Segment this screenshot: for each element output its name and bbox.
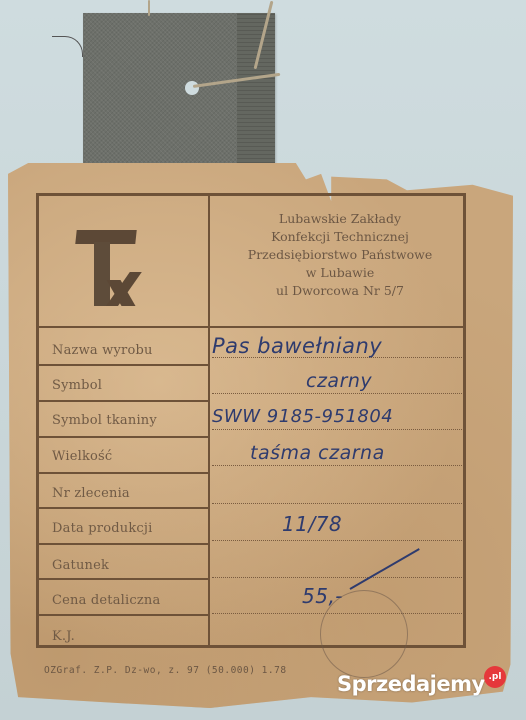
value-line [212, 577, 462, 578]
value-fabric-symbol: SWW 9185-951804 [212, 406, 393, 427]
value-production-date: 11/78 [282, 512, 342, 536]
watermark-logo: Sprzedajemy [337, 672, 485, 696]
company-address: Lubawskie Zakłady Konfekcji Technicznej … [220, 210, 460, 300]
row-line [39, 472, 209, 474]
value-line [212, 540, 462, 541]
field-label-retail-price: Cena detaliczna [52, 593, 160, 608]
row-line [39, 436, 209, 438]
company-line: w Lubawie [220, 264, 460, 282]
row-line [39, 543, 209, 545]
field-label-product-name: Nazwa wyrobu [52, 343, 153, 358]
tie-string-top [148, 0, 150, 16]
string-hole [185, 81, 199, 95]
field-label-symbol: Symbol [52, 378, 102, 393]
company-line: Lubawskie Zakłady [220, 210, 460, 228]
company-line: Przedsiębiorstwo Państwowe [220, 246, 460, 264]
header-divider [39, 326, 463, 328]
row-line [39, 507, 209, 509]
value-symbol: czarny [306, 370, 372, 392]
round-stamp [320, 590, 408, 678]
loose-thread [52, 36, 83, 57]
field-label-kj: K.J. [52, 629, 75, 644]
value-line [212, 393, 462, 394]
field-label-grade: Gatunek [52, 558, 109, 573]
row-line [39, 614, 209, 616]
fabric-swatch [83, 13, 275, 163]
value-line [212, 429, 462, 430]
company-line: ul Dworcowa Nr 5/7 [220, 282, 460, 300]
field-label-size: Wielkość [52, 449, 112, 464]
field-label-production-date: Data produkcji [52, 521, 152, 536]
row-line [39, 578, 209, 580]
logo-t-stem [94, 242, 110, 306]
fabric-selvedge [237, 13, 275, 163]
printer-imprint: OZGraf. Z.P. Dz-wo, z. 97 (50.000) 1.78 [44, 665, 287, 676]
value-line [212, 503, 462, 504]
value-product-name: Pas bawełniany [212, 334, 382, 358]
tk-logo [76, 228, 156, 308]
value-size: taśma czarna [250, 442, 385, 464]
row-line [39, 400, 209, 402]
row-line [39, 364, 209, 366]
field-label-fabric-symbol: Symbol tkaniny [52, 413, 157, 428]
field-label-order-no: Nr zlecenia [52, 486, 130, 501]
value-line [212, 465, 462, 466]
watermark-badge: .pl [484, 666, 506, 688]
company-line: Konfekcji Technicznej [220, 228, 460, 246]
